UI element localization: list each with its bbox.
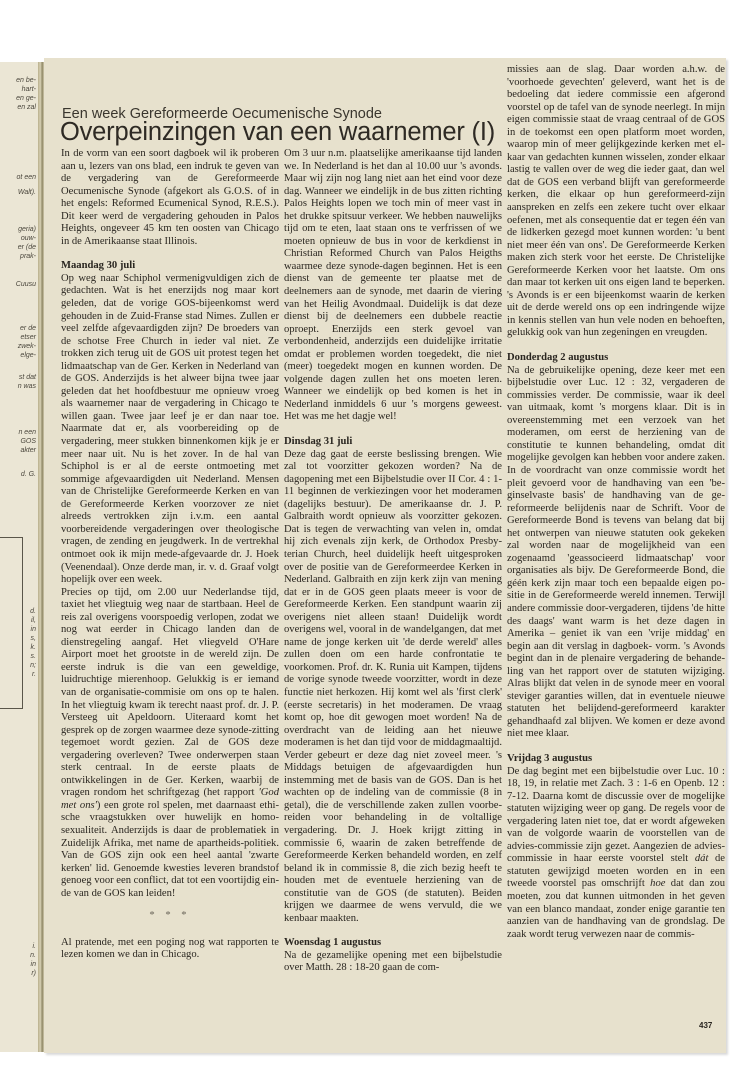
body-paragraph: Deze dag gaat de eerste beslissing breng… <box>284 449 502 926</box>
article-column-1: In de vorm van een soort dagboek wil ik … <box>61 148 279 962</box>
adjacent-page-text-fragment: st dat n was <box>18 373 38 391</box>
body-paragraph: Om 3 uur n.m. plaatselijke amerikaanse t… <box>284 148 502 424</box>
body-paragraph: Al pratende, met een poging nog wat rap­… <box>61 937 279 962</box>
adjacent-page-text-fragment: er de etser zwek- elge- <box>18 324 38 360</box>
section-separator: * * * <box>61 910 279 923</box>
day-heading-thursday: Donderdag 2 augustus <box>507 352 725 365</box>
day-heading-tuesday: Dinsdag 31 juli <box>284 436 502 449</box>
adjacent-page-text-fragment: d. G. <box>21 470 38 479</box>
day-heading-monday: Maandag 30 juli <box>61 260 279 273</box>
adjacent-page-edge: en be- hart- en ge- en zalot eenWalt).ge… <box>0 62 40 1052</box>
day-heading-friday: Vrijdag 3 augustus <box>507 753 725 766</box>
body-paragraph: De dag begint met een bijbelstudie over … <box>507 766 725 942</box>
adjacent-page-box <box>0 537 23 709</box>
intro-paragraph: In de vorm van een soort dagboek wil ik … <box>61 148 279 248</box>
body-paragraph: Precies op tijd, om 2.00 uur Nederlandse… <box>61 587 279 901</box>
body-paragraph: Op weg naar Schiphol vermenigvuldigen zi… <box>61 273 279 587</box>
adjacent-page-text-fragment: geria) ouw- er (de prak- <box>18 225 38 261</box>
body-paragraph: Na de gebruikelijke opening, deze keer m… <box>507 365 725 741</box>
article-column-3: missies aan de slag. Daar worden a.h.w. … <box>507 64 725 941</box>
adjacent-page-text-fragment: n een GOS akter <box>18 428 38 455</box>
article-headline: Overpeinzingen van een waarnemer (I) <box>60 118 495 147</box>
adjacent-page-text-fragment: Cuusu <box>16 280 38 289</box>
body-paragraph: missies aan de slag. Daar worden a.h.w. … <box>507 64 725 340</box>
adjacent-page-text-fragment: ot een <box>17 173 38 182</box>
adjacent-page-text-fragment: i. n. in r) <box>30 942 38 978</box>
article-column-2: Om 3 uur n.m. plaatselijke amerikaanse t… <box>284 148 502 975</box>
adjacent-page-text-fragment: Walt). <box>18 188 38 197</box>
body-paragraph: Na de gezamelijke opening met een bijbel… <box>284 950 502 975</box>
page-number: 437 <box>699 1021 712 1030</box>
day-heading-wednesday: Woensdag 1 augustus <box>284 937 502 950</box>
adjacent-page-text-fragment: d. il, in s, k. s. n; r. <box>30 607 38 679</box>
adjacent-page-text-fragment: en be- hart- en ge- en zal <box>16 76 38 112</box>
